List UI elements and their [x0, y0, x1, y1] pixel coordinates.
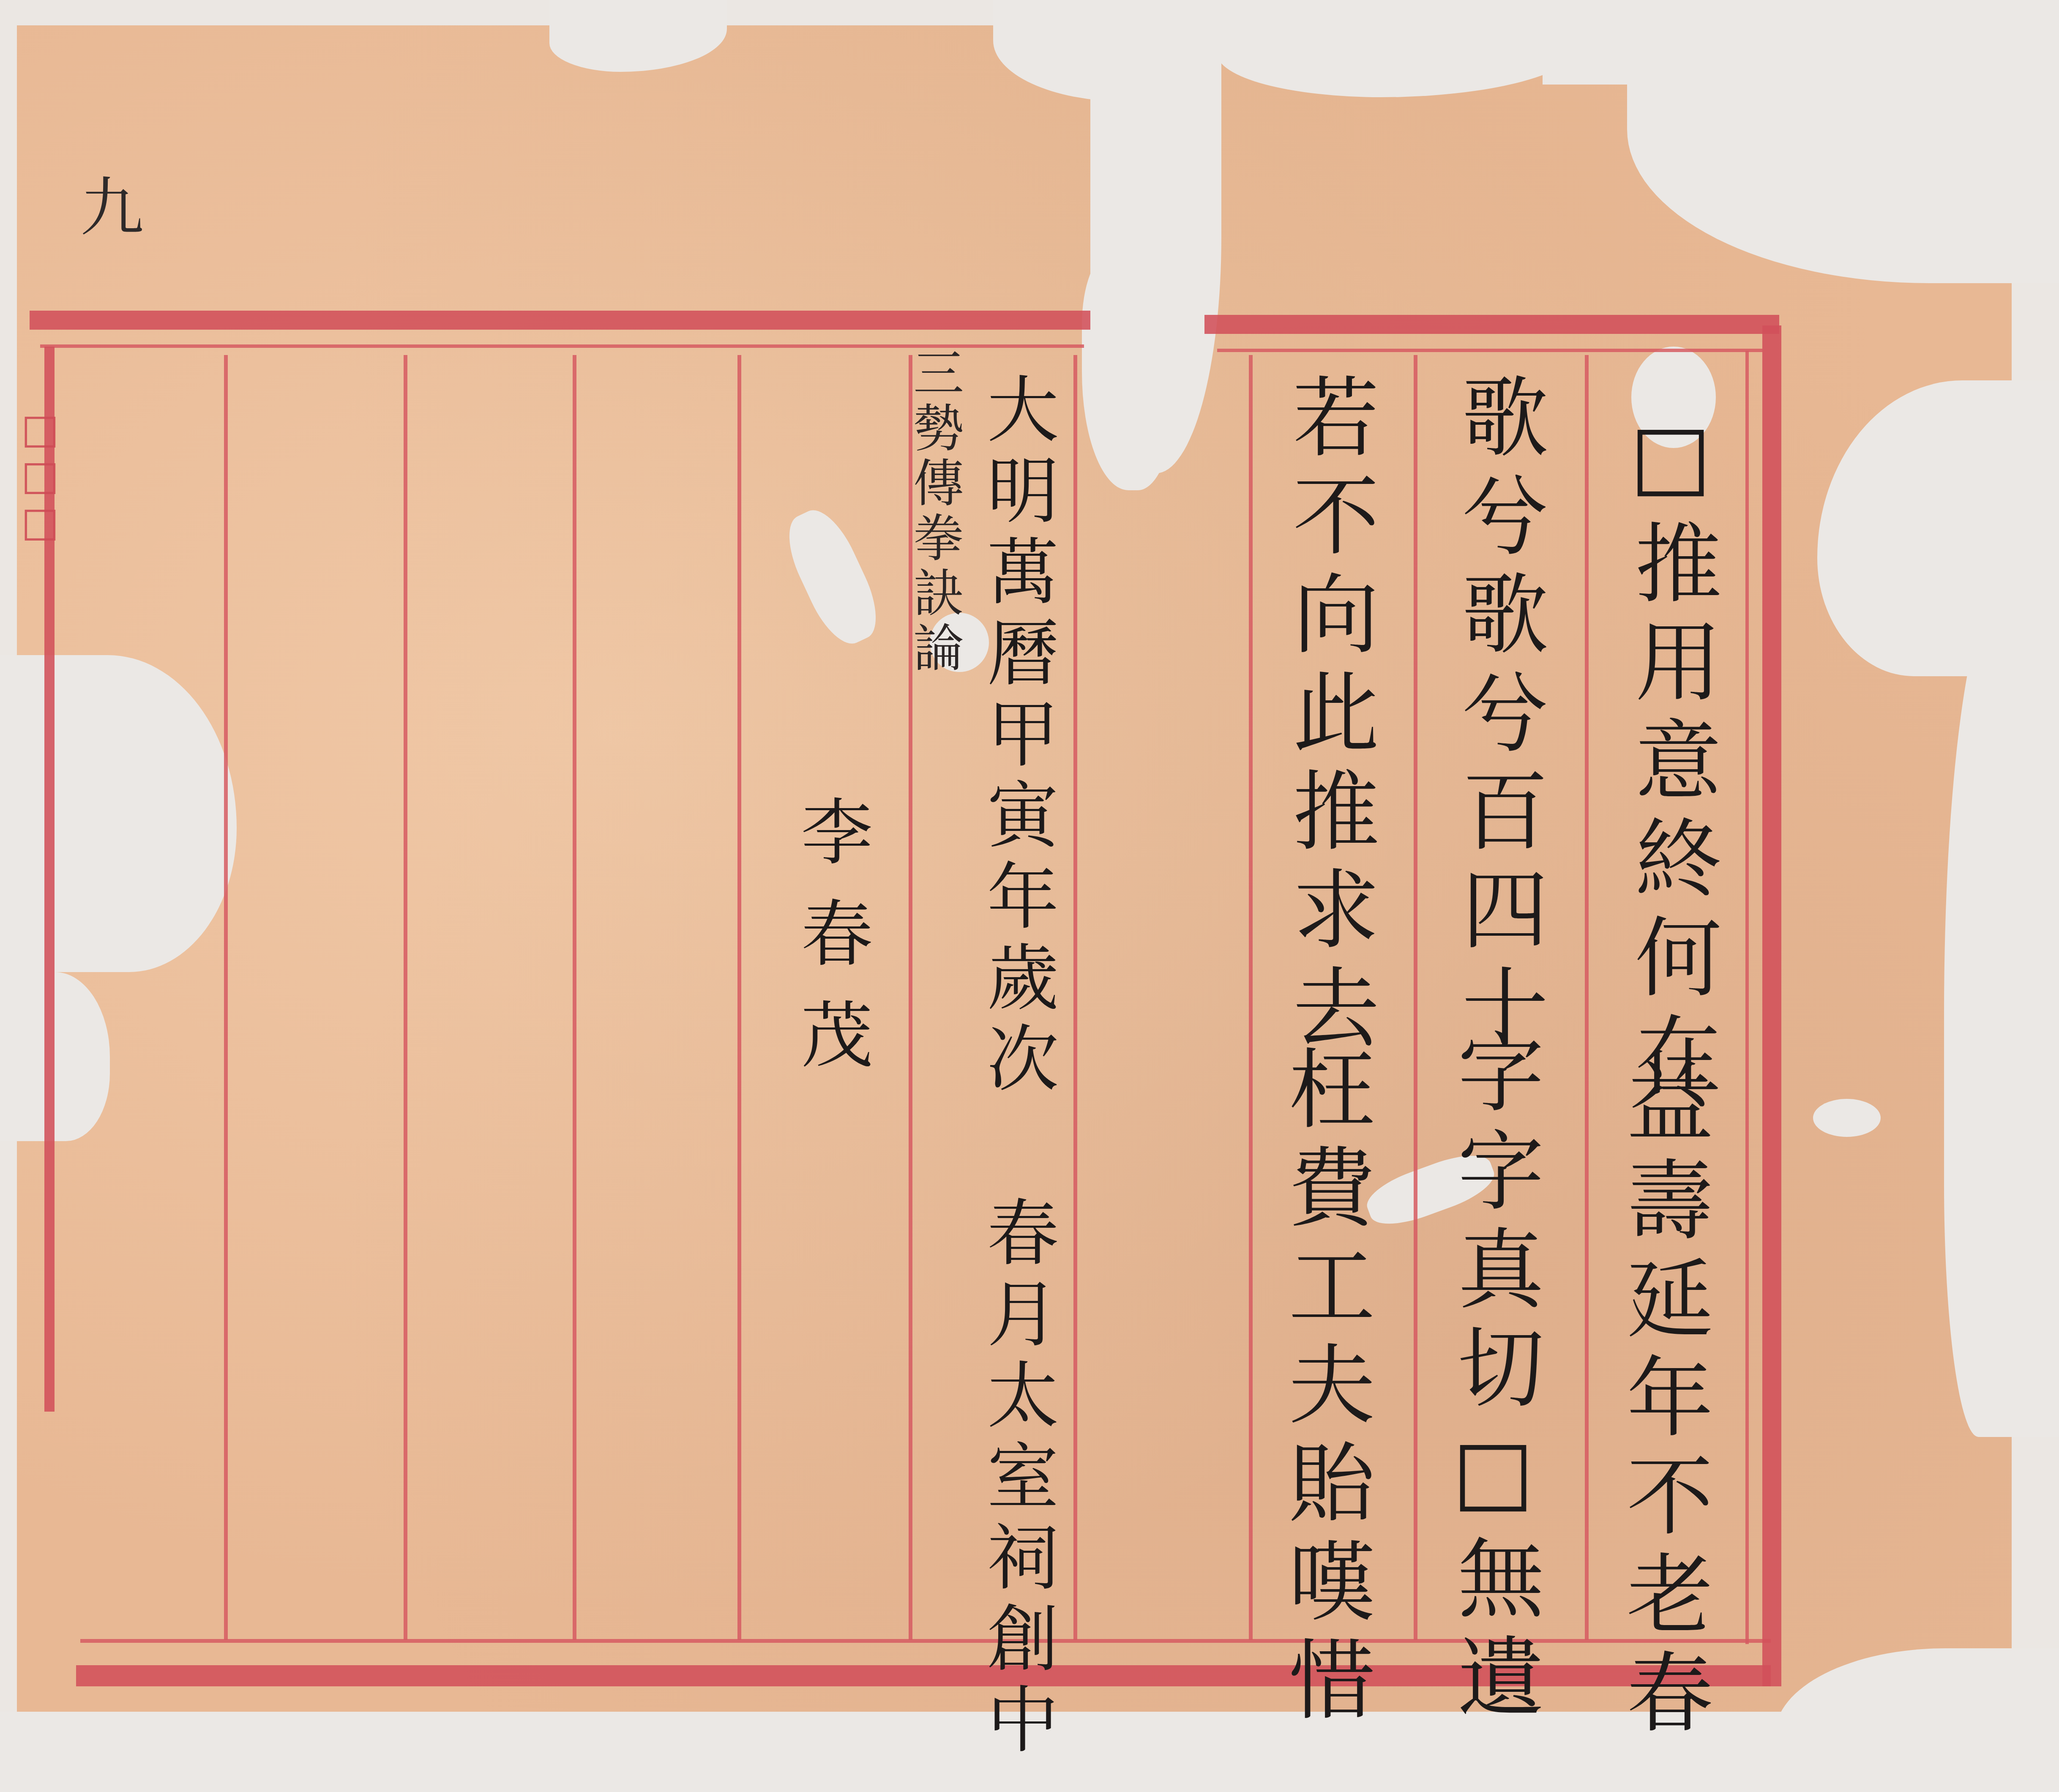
top-inner-rule	[1217, 349, 1762, 352]
verse-column-1-lower: 益壽延年不老春	[1619, 1057, 1705, 1746]
top-border-right	[1204, 315, 1779, 334]
verse-column-3-upper: 若不向此推求去	[1285, 372, 1371, 1061]
verse-column-1-upper: □推用意終何在	[1627, 406, 1714, 1109]
colophon-title: 三勢傳拳訣論	[909, 347, 959, 676]
left-edge-fragment: □□□	[17, 406, 63, 545]
right-border-outer	[1762, 325, 1781, 1686]
verse-column-3-lower: 枉費工夫貽嘆惜	[1281, 1044, 1367, 1733]
page-number: 九	[80, 156, 144, 248]
column-rule	[737, 355, 741, 1640]
column-rule	[404, 355, 407, 1640]
column-rule	[1414, 355, 1417, 1640]
colophon-date-line: 大明萬曆甲寅年歲次 春月太室祠創中	[980, 372, 1052, 1763]
verse-column-2-lower: 字字真切□無遺	[1450, 1027, 1536, 1730]
top-border-left	[30, 311, 1090, 330]
colophon-signature: 李春茂	[795, 795, 866, 1099]
column-rule	[1585, 355, 1589, 1640]
torn-area	[1944, 592, 2059, 1437]
column-rule	[1249, 355, 1253, 1640]
column-rule	[224, 355, 228, 1640]
torn-area	[1813, 1099, 1881, 1137]
verse-column-2-upper: 歌兮歌兮百四十	[1454, 372, 1540, 1061]
column-rule	[573, 355, 576, 1640]
right-border-inner	[1745, 351, 1749, 1644]
torn-area	[0, 972, 110, 1141]
column-rule	[1073, 355, 1077, 1640]
